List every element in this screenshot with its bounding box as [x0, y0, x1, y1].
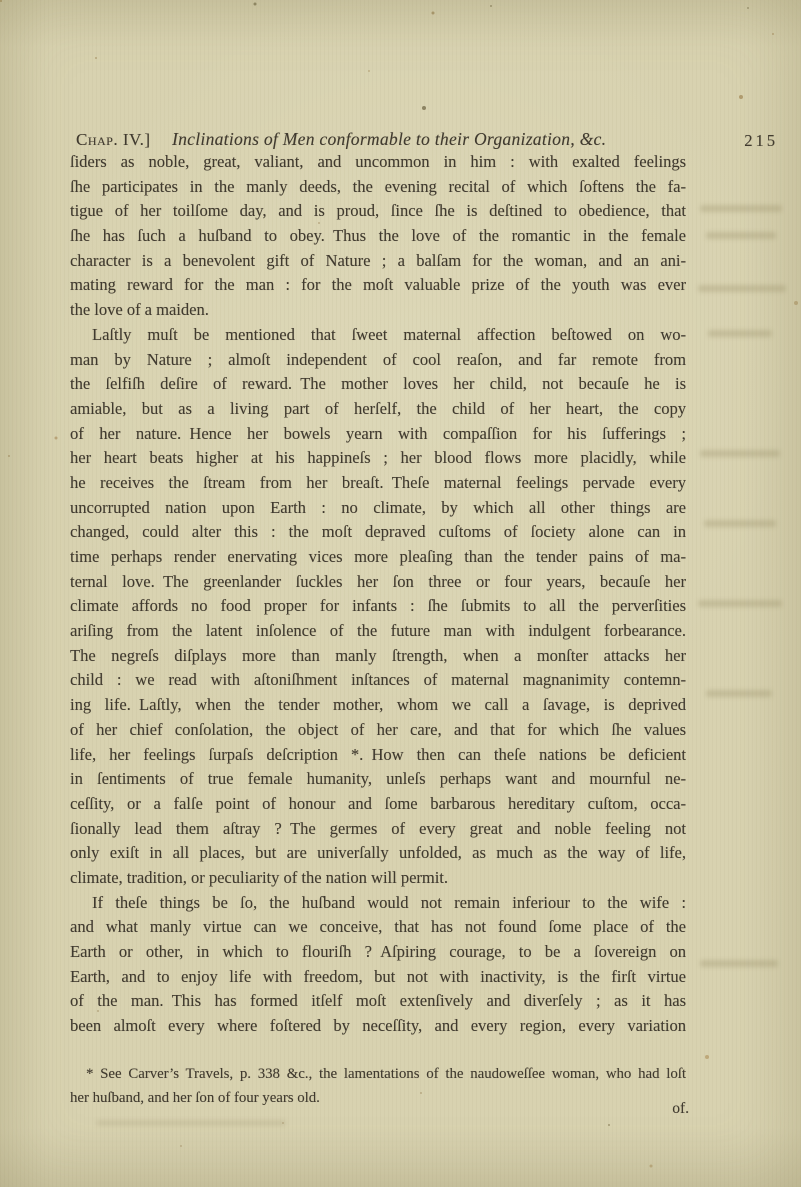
footnote-line: her huſband, and her ſon of four years o… — [70, 1086, 686, 1110]
show-through-ghost — [698, 600, 782, 607]
text-line: Earth, and to enjoy life with freedom, b… — [70, 965, 686, 990]
chapter-label: Chap. IV.] — [76, 130, 151, 150]
show-through-ghost — [700, 205, 782, 212]
text-line: amiable, but as a living part of herſelf… — [70, 397, 686, 422]
show-through-ghost — [96, 1120, 286, 1126]
text-line: ſionally lead them aſtray ? The germes o… — [70, 817, 686, 842]
text-line: the love of a maiden. — [70, 298, 686, 323]
text-line: man by Nature ; almoſt independent of co… — [70, 348, 686, 373]
text-line: The negreſs diſplays more than manly ſtr… — [70, 644, 686, 669]
text-line: and what manly virtue can we conceive, t… — [70, 915, 686, 940]
text-line: ternal love. The greenlander ſuckles her… — [70, 570, 686, 595]
foxing-specks — [0, 0, 2, 2]
book-page: Chap. IV.] Inclinations of Men conformab… — [0, 0, 801, 1187]
text-line: been almoſt every where foſtered by nece… — [70, 1014, 686, 1039]
page-number: 215 — [744, 131, 778, 151]
show-through-ghost — [704, 520, 776, 527]
text-line: child : we read with aſtoniſhment inſtan… — [70, 668, 686, 693]
text-line: uncorrupted nation upon Earth : no clima… — [70, 496, 686, 521]
text-line: changed, could alter this : the moſt dep… — [70, 520, 686, 545]
text-line: ſhe participates in the manly deeds, the… — [70, 175, 686, 200]
text-line: Laſtly muſt be mentioned that ſweet mate… — [70, 323, 686, 348]
running-title: Inclinations of Men conformable to their… — [172, 129, 606, 150]
text-line: mating reward for the man : for the moſt… — [70, 273, 686, 298]
footnote: * See Carver’s Travels, p. 338 &c., the … — [70, 1062, 686, 1110]
text-line: life, her feelings ſurpaſs deſcription *… — [70, 743, 686, 768]
text-line: ſiders as noble, great, valiant, and unc… — [70, 150, 686, 175]
text-line: ceſſity, or a falſe point of honour and … — [70, 792, 686, 817]
text-line: of her chief conſolation, the object of … — [70, 718, 686, 743]
text-line: Earth or other, in which to flouriſh ? A… — [70, 940, 686, 965]
show-through-ghost — [700, 450, 780, 457]
text-line: of the man. This has formed itſelf moſt … — [70, 989, 686, 1014]
text-line: of her nature. Hence her bowels yearn wi… — [70, 422, 686, 447]
text-line: climate, tradition, or peculiarity of th… — [70, 866, 686, 891]
show-through-ghost — [700, 960, 778, 967]
text-line: climate affords no food proper for infan… — [70, 594, 686, 619]
footnote-line: * See Carver’s Travels, p. 338 &c., the … — [70, 1062, 686, 1086]
text-line: ariſing from the latent inſolence of the… — [70, 619, 686, 644]
text-line: time perhaps render enervating vices mor… — [70, 545, 686, 570]
text-line: only exiſt in all places, but are univer… — [70, 841, 686, 866]
show-through-ghost — [706, 690, 772, 697]
text-line: ing life. Laſtly, when the tender mother… — [70, 693, 686, 718]
text-line: tigue of her toilſome day, and is proud,… — [70, 199, 686, 224]
show-through-ghost — [708, 330, 772, 337]
text-line: in ſentiments of true female humanity, u… — [70, 767, 686, 792]
text-line: If theſe things be ſo, the huſband would… — [70, 891, 686, 916]
show-through-ghost — [706, 232, 776, 239]
show-through-ghost — [698, 285, 786, 292]
text-line: ſhe has ſuch a huſband to obey. Thus the… — [70, 224, 686, 249]
text-line: the ſelfiſh deſire of reward. The mother… — [70, 372, 686, 397]
catchword: of. — [672, 1100, 689, 1118]
body-text: ſiders as noble, great, valiant, and unc… — [70, 150, 686, 1039]
text-line: her heart beats higher at his happineſs … — [70, 446, 686, 471]
text-line: he receives the ſtream from her breaſt. … — [70, 471, 686, 496]
text-line: character is a benevolent gift of Nature… — [70, 249, 686, 274]
